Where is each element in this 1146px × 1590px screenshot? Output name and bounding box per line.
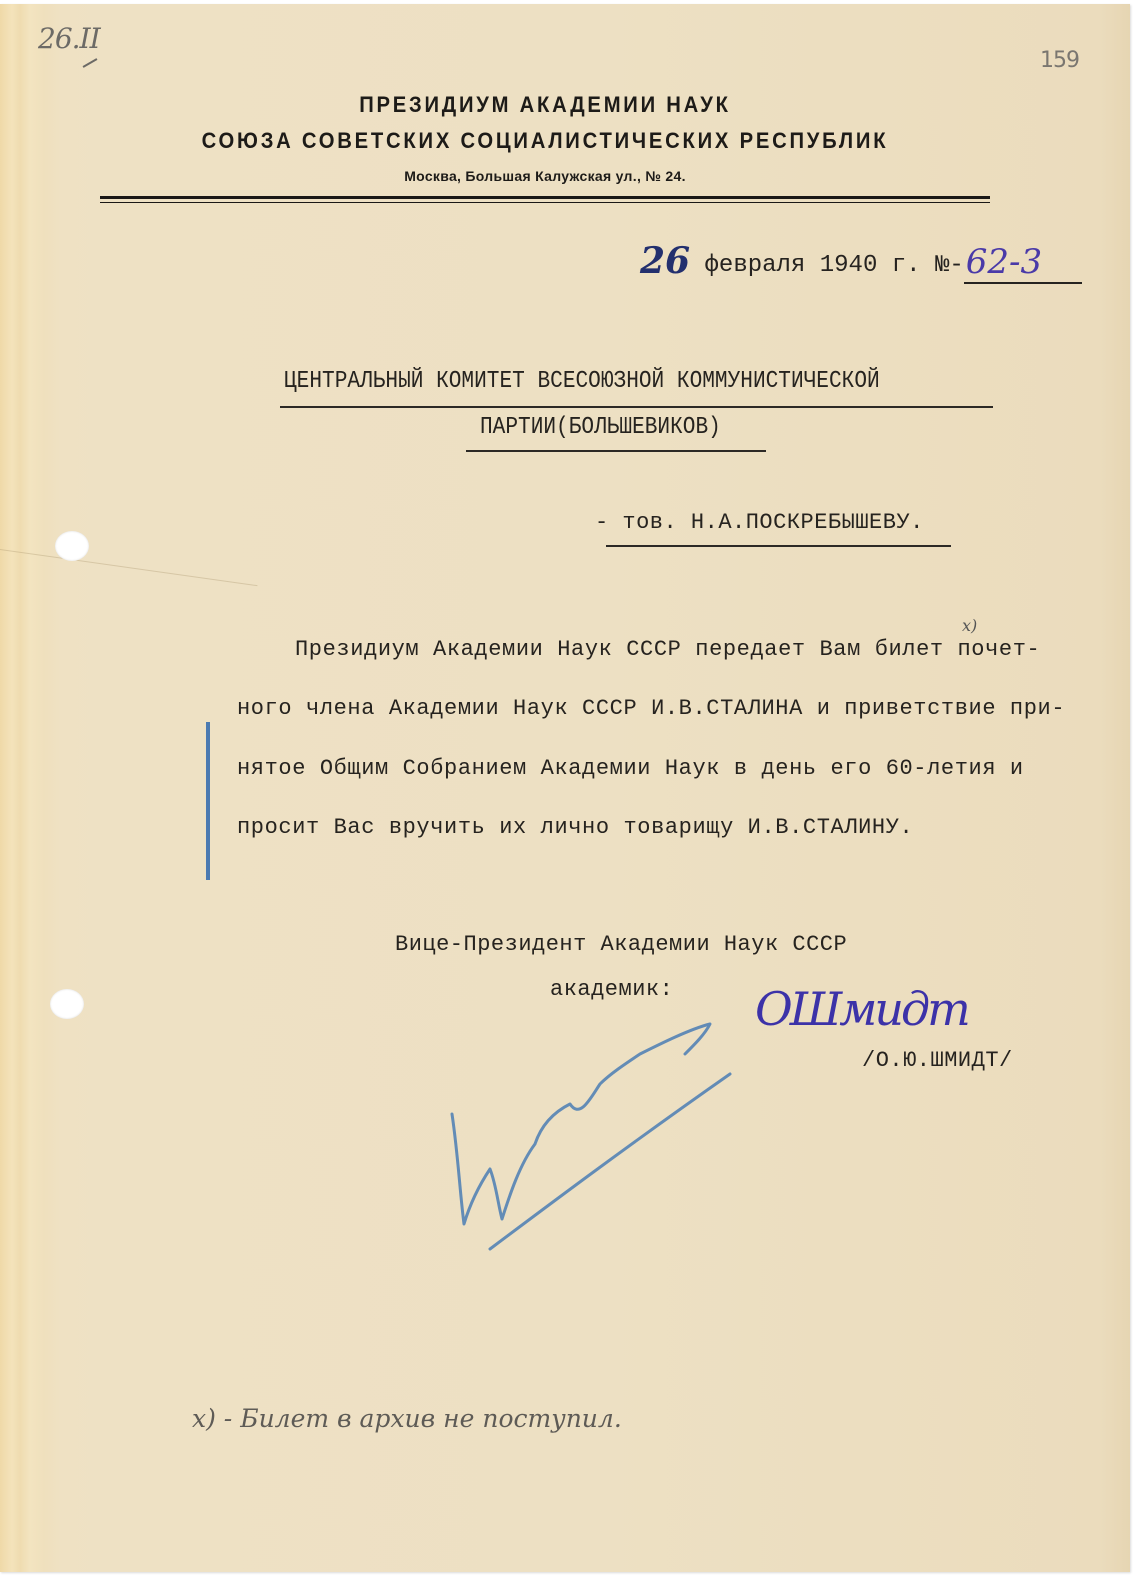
corner-date-note: 26.II: [38, 22, 100, 55]
signatory-title: Вице-Президент Академии Наук СССР: [395, 932, 847, 957]
letterhead: ПРЕЗИДИУМ АКАДЕМИИ НАУК СОЮЗА СОВЕТСКИХ …: [100, 92, 990, 184]
letterhead-address: Москва, Большая Калужская ул., № 24.: [100, 168, 990, 184]
punch-hole-top: [55, 531, 89, 561]
corner-tick-mark: [83, 58, 98, 68]
recipient-line: - тов. Н.А.ПОСКРЕБЫШЕВУ.: [595, 510, 924, 535]
typed-month-year: февраля 1940 г.: [705, 252, 921, 279]
blue-pencil-signature-icon: [440, 1004, 740, 1264]
paper-crease: [0, 549, 257, 646]
handwritten-day: 26: [640, 240, 690, 282]
footnote-marker: x): [962, 616, 977, 635]
document-page: 26.II 159 ПРЕЗИДИУМ АКАДЕМИИ НАУК СОЮЗА …: [0, 4, 1130, 1572]
addressee-line1: ЦЕНТРАЛЬНЫЙ КОМИТЕТ ВСЕСОЮЗНОЙ КОММУНИСТ…: [284, 368, 880, 395]
body-line-1: Президиум Академии Наук СССР передает Ва…: [295, 637, 1040, 662]
punch-hole-bottom: [50, 989, 84, 1019]
number-label: №-: [935, 252, 964, 279]
body-line-4: просит Вас вручить их лично товарищу И.В…: [237, 815, 913, 840]
date-line: 26 февраля 1940 г. №-62-3: [640, 240, 1082, 284]
letterhead-line1: ПРЕЗИДИУМ АКАДЕМИИ НАУК: [136, 92, 955, 118]
body-line-2: ного члена Академии Наук СССР И.В.СТАЛИН…: [237, 696, 1065, 721]
document-number-field: 62-3: [964, 242, 1082, 284]
blue-pencil-margin-mark: [206, 722, 216, 880]
signatory-role: академик:: [550, 977, 673, 1002]
letterhead-rule-thin: [100, 202, 990, 203]
addressee-line2: ПАРТИИ(БОЛЬШЕВИКОВ): [480, 414, 721, 441]
schmidt-handwritten-signature: ОШмидт: [755, 982, 968, 1036]
recipient-underline: [606, 545, 951, 547]
addressee-line1-underline: [280, 406, 993, 408]
handwritten-number: 62-3: [966, 242, 1042, 282]
body-line-3: нятое Общим Собранием Академии Наук в де…: [237, 756, 1024, 781]
addressee-line2-underline: [466, 450, 766, 452]
letterhead-line2: СОЮЗА СОВЕТСКИХ СОЦИАЛИСТИЧЕСКИХ РЕСПУБЛ…: [136, 128, 955, 154]
handwritten-footnote: x) - Билет в архив не поступил.: [192, 1404, 622, 1433]
signatory-typed-name: /О.Ю.ШМИДТ/: [862, 1048, 1013, 1073]
folio-number: 159: [1040, 48, 1079, 73]
letterhead-rule-thick: [100, 196, 990, 199]
